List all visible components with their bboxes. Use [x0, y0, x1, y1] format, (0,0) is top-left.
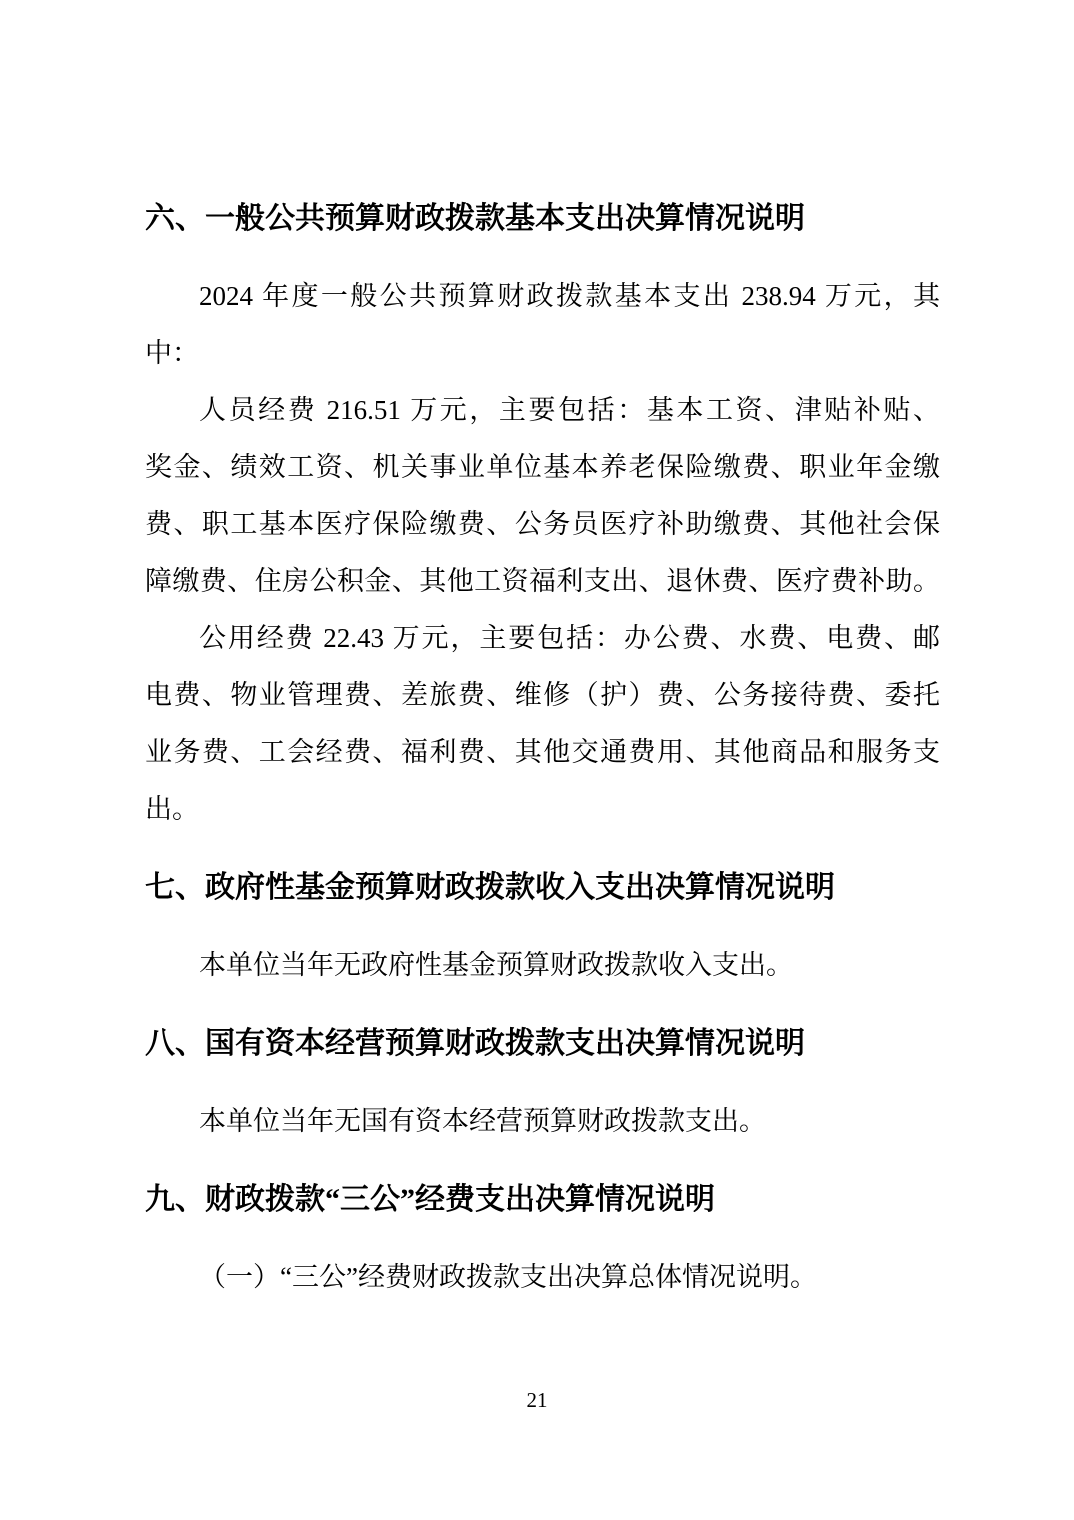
paragraph-line: （一）“三公”经费财政拨款支出决算总体情况说明。	[145, 1249, 940, 1306]
section-heading-8: 八、国有资本经营预算财政拨款支出决算情况说明	[145, 1015, 940, 1072]
section-heading-7: 七、政府性基金预算财政拨款收入支出决算情况说明	[145, 859, 940, 916]
page-number: 21	[0, 1386, 1074, 1414]
paragraph-line: 本单位当年无国有资本经营预算财政拨款支出。	[145, 1093, 940, 1150]
paragraph-line: 2024 年度一般公共预算财政拨款基本支出 238.94 万元，其	[145, 268, 940, 325]
paragraph-line: 中：	[145, 325, 940, 382]
document-body: 六、一般公共预算财政拨款基本支出决算情况说明 2024 年度一般公共预算财政拨款…	[145, 169, 940, 1306]
paragraph-line: 电费、物业管理费、差旅费、维修（护）费、公务接待费、委托	[145, 667, 940, 724]
section-heading-6: 六、一般公共预算财政拨款基本支出决算情况说明	[145, 190, 940, 247]
paragraph-line: 人员经费 216.51 万元，主要包括：基本工资、津贴补贴、	[145, 382, 940, 439]
paragraph-line: 费、职工基本医疗保险缴费、公务员医疗补助缴费、其他社会保	[145, 496, 940, 553]
paragraph-government-fund: 本单位当年无政府性基金预算财政拨款收入支出。	[145, 937, 940, 994]
section-heading-9: 九、财政拨款“三公”经费支出决算情况说明	[145, 1171, 940, 1228]
document-page: 六、一般公共预算财政拨款基本支出决算情况说明 2024 年度一般公共预算财政拨款…	[0, 0, 1074, 1520]
paragraph-line: 本单位当年无政府性基金预算财政拨款收入支出。	[145, 937, 940, 994]
paragraph-state-capital: 本单位当年无国有资本经营预算财政拨款支出。	[145, 1093, 940, 1150]
paragraph-line: 奖金、绩效工资、机关事业单位基本养老保险缴费、职业年金缴	[145, 439, 940, 496]
paragraph-line: 业务费、工会经费、福利费、其他交通费用、其他商品和服务支	[145, 724, 940, 781]
paragraph-line: 出。	[145, 781, 940, 838]
paragraph-line: 公用经费 22.43 万元，主要包括：办公费、水费、电费、邮	[145, 610, 940, 667]
paragraph-public-funds: 公用经费 22.43 万元，主要包括：办公费、水费、电费、邮 电费、物业管理费、…	[145, 610, 940, 838]
paragraph-line: 障缴费、住房公积金、其他工资福利支出、退休费、医疗费补助。	[145, 553, 940, 610]
paragraph-basic-expenditure-total: 2024 年度一般公共预算财政拨款基本支出 238.94 万元，其 中：	[145, 268, 940, 382]
paragraph-three-public-intro: （一）“三公”经费财政拨款支出决算总体情况说明。	[145, 1249, 940, 1306]
paragraph-personnel-funds: 人员经费 216.51 万元，主要包括：基本工资、津贴补贴、 奖金、绩效工资、机…	[145, 382, 940, 610]
